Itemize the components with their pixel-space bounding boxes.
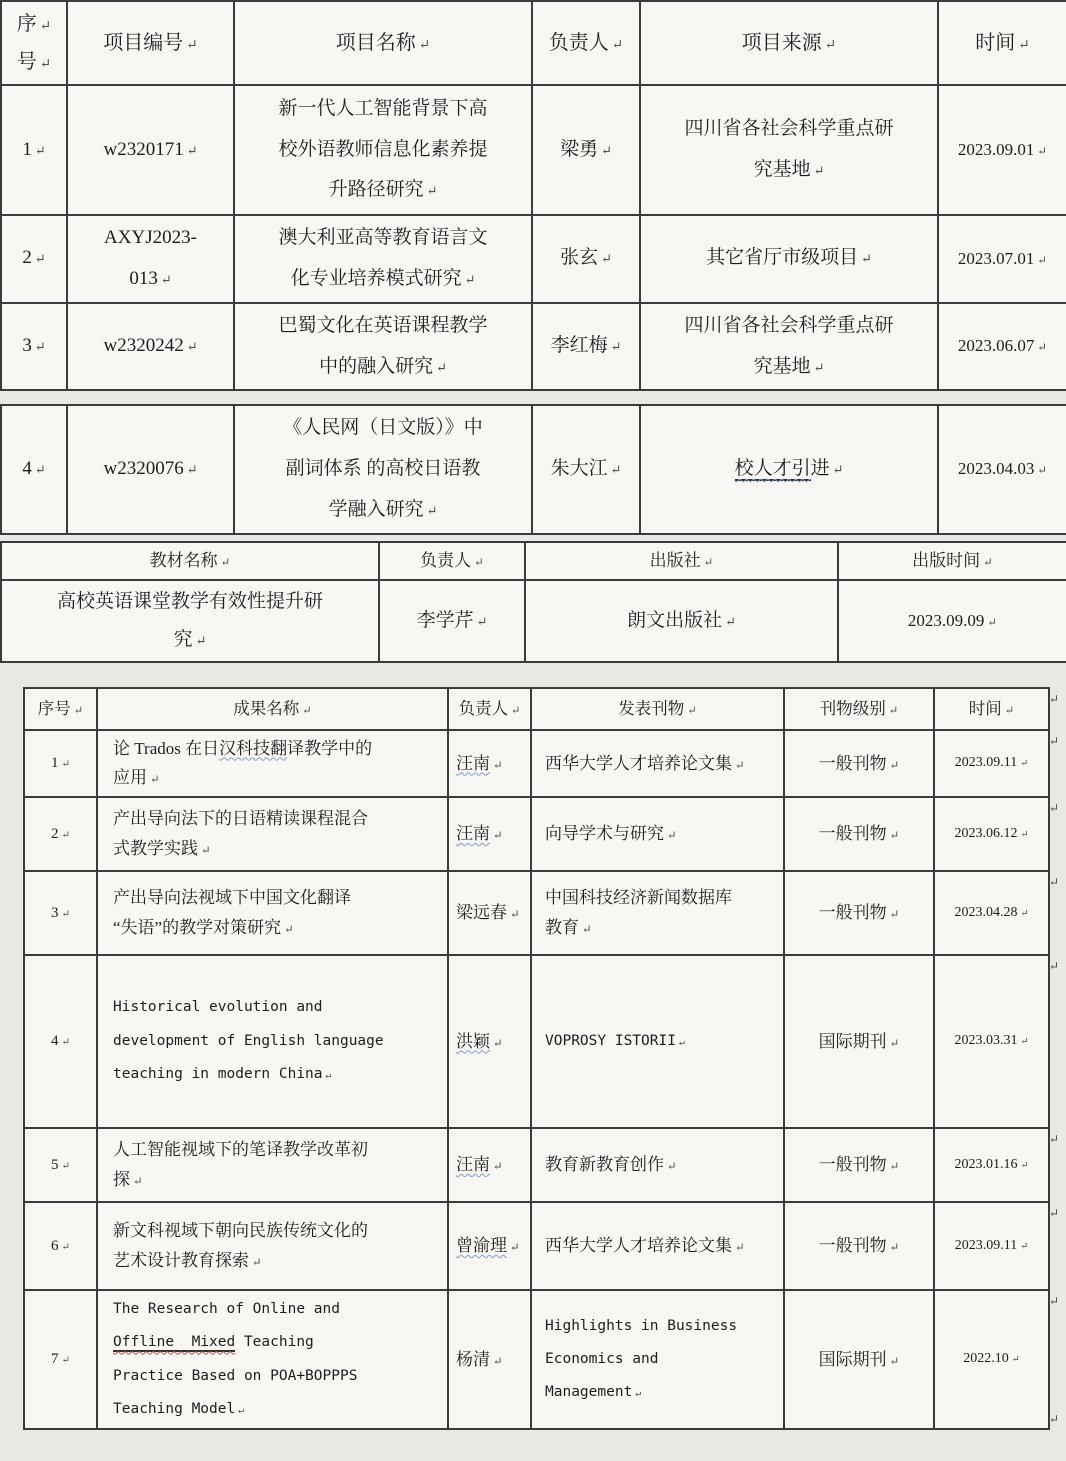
table-cell: 汪南↵ bbox=[448, 1128, 531, 1202]
cell-text: VOPROSY ISTORII bbox=[545, 1033, 676, 1049]
cell-text: 4 bbox=[51, 1033, 59, 1049]
cell-text: 西华大学人才培养论文集 bbox=[545, 1236, 732, 1255]
column-header: 负责人↵ bbox=[532, 1, 640, 85]
eol-mark: ↵ bbox=[1021, 909, 1029, 919]
table-cell: 李红梅↵ bbox=[532, 303, 640, 391]
column-header: 发表刊物↵ bbox=[531, 688, 784, 730]
eol-mark: ↵ bbox=[510, 1241, 520, 1254]
cell-text: 汪南 bbox=[456, 824, 490, 843]
cell-text: 1 bbox=[22, 139, 32, 160]
table-row: 6↵新文科视域下朝向民族传统文化的 艺术设计教育探索↵曾渝理↵西华大学人才培养论… bbox=[24, 1202, 1049, 1290]
eol-mark: ↵ bbox=[186, 37, 197, 52]
eol-mark: ↵ bbox=[601, 251, 612, 266]
eol-mark: ↵ bbox=[1005, 705, 1014, 717]
cell-text: 一般刊物 bbox=[819, 903, 887, 922]
cell-text: 杨清 bbox=[456, 1350, 490, 1369]
cell-text: 曾渝理 bbox=[456, 1236, 507, 1255]
cell-text: 新文科视域下朝向民族传统文化的 艺术设计教育探索 bbox=[113, 1221, 368, 1270]
cell-text: 5 bbox=[51, 1157, 59, 1173]
cell-text: Offline Mixed bbox=[113, 1334, 235, 1352]
cell-text: 6 bbox=[51, 1238, 59, 1254]
table-cell: 2022.10↵ bbox=[934, 1290, 1049, 1429]
cell-text: 汉科技翻 bbox=[219, 739, 287, 758]
eol-mark: ↵ bbox=[1049, 801, 1059, 816]
table-row: 3↵w2320242↵巴蜀文化在英语课程教学 中的融入研究↵李红梅↵四川省各社会… bbox=[1, 303, 1066, 391]
column-header: 项目编号↵ bbox=[67, 1, 234, 85]
cell-text: 产出导向法视域下中国文化翻译 “失语”的教学对策研究 bbox=[113, 888, 351, 937]
eol-mark: ↵ bbox=[890, 1355, 900, 1368]
eol-mark: ↵ bbox=[735, 759, 745, 772]
cell-text: 刊物级别 bbox=[820, 699, 886, 718]
column-header: 序号↵ bbox=[24, 688, 97, 730]
table-cell: 1↵ bbox=[1, 85, 67, 215]
eol-mark: ↵ bbox=[40, 18, 51, 33]
publications-table-wrap: 序号↵成果名称↵负责人↵发表刊物↵刊物级别↵时间↵ 1↵论 Trados 在日汉… bbox=[23, 687, 1048, 1430]
table-cell: AXYJ2023- 013↵ bbox=[67, 215, 234, 303]
table-cell: 教育新教育创作↵ bbox=[531, 1128, 784, 1202]
table-cell: 梁勇↵ bbox=[532, 85, 640, 215]
table-cell: 2023.04.28↵ bbox=[934, 871, 1049, 955]
eol-mark: ↵ bbox=[667, 1160, 677, 1173]
table-cell: w2320171↵ bbox=[67, 85, 234, 215]
cell-text: 发表刊物 bbox=[618, 699, 684, 718]
cell-text: 教材名称 bbox=[150, 551, 218, 570]
table-cell: 2↵ bbox=[24, 797, 97, 871]
cell-text: 出版社 bbox=[650, 551, 701, 570]
cell-text: 梁远春 bbox=[456, 903, 507, 922]
eol-mark: ↵ bbox=[890, 1241, 900, 1254]
table-cell: VOPROSY ISTORII↵ bbox=[531, 955, 784, 1128]
eol-mark: ↵ bbox=[735, 1241, 745, 1254]
eol-mark: ↵ bbox=[61, 909, 70, 920]
document-page: 序↵ 号↵项目编号↵项目名称↵负责人↵项目来源↵时间↵ 1↵w2320171↵新… bbox=[0, 0, 1066, 1461]
eol-mark: ↵ bbox=[493, 1160, 503, 1173]
cell-text: 2023.04.03 bbox=[958, 459, 1035, 478]
table-cell: 2023.03.31↵ bbox=[934, 955, 1049, 1128]
table-cell: Highlights in Business Economics and Man… bbox=[531, 1290, 784, 1429]
table-cell: 2023.06.07↵ bbox=[938, 303, 1066, 391]
eol-mark: ↵ bbox=[1049, 959, 1059, 974]
eol-mark: ↵ bbox=[725, 614, 736, 629]
eol-mark: ↵ bbox=[35, 143, 46, 158]
table-cell: w2320242↵ bbox=[67, 303, 234, 391]
eol-mark: ↵ bbox=[35, 251, 46, 266]
textbook-table: 教材名称↵负责人↵出版社↵出版时间↵ 高校英语课堂教学有效性提升研 究↵李学芹↵… bbox=[0, 541, 1066, 663]
cell-text: 产出导向法下的日语精读课程混合 式教学实践 bbox=[113, 809, 368, 858]
table-row: 7↵The Research of Online and Offline Mix… bbox=[24, 1290, 1049, 1429]
cell-text: 4 bbox=[22, 458, 32, 479]
cell-text: 四川省各社会科学重点研 究基地 bbox=[684, 315, 893, 377]
table-cell: 一般刊物↵ bbox=[784, 797, 934, 871]
eol-mark: ↵ bbox=[35, 462, 46, 477]
cell-text: 2023.07.01 bbox=[958, 249, 1035, 268]
eol-mark: ↵ bbox=[1049, 1294, 1059, 1309]
cell-text: 2 bbox=[22, 247, 32, 268]
table-cell: 梁远春↵ bbox=[448, 871, 531, 955]
table-cell: 一般刊物↵ bbox=[784, 1202, 934, 1290]
table-cell: 一般刊物↵ bbox=[784, 871, 934, 955]
table-row: 3↵产出导向法视域下中国文化翻译 “失语”的教学对策研究↵梁远春↵中国科技经济新… bbox=[24, 871, 1049, 955]
table-row: 2↵产出导向法下的日语精读课程混合 式教学实践↵汪南↵向导学术与研究↵一般刊物↵… bbox=[24, 797, 1049, 871]
projects-table-head: 序↵ 号↵项目编号↵项目名称↵负责人↵项目来源↵时间↵ bbox=[1, 1, 1066, 85]
cell-text: w2320171 bbox=[103, 139, 183, 160]
table-cell: 3↵ bbox=[1, 303, 67, 391]
table-cell: 2023.06.12↵ bbox=[934, 797, 1049, 871]
cell-text: 高校英语课堂教学有效性提升研 究 bbox=[57, 591, 323, 650]
eol-mark: ↵ bbox=[187, 462, 198, 477]
cell-text: 《人民网（日文版）》中 副词体系 的高校日语教 学融入研究 bbox=[283, 417, 483, 520]
cell-text: 教育新教育创作 bbox=[545, 1155, 664, 1174]
eol-mark: ↵ bbox=[61, 830, 70, 841]
table-cell: 产出导向法视域下中国文化翻译 “失语”的教学对策研究↵ bbox=[97, 871, 448, 955]
table-cell: The Research of Online and Offline Mixed… bbox=[97, 1290, 448, 1429]
column-header: 教材名称↵ bbox=[1, 542, 379, 580]
table-cell: 四川省各社会科学重点研 究基地↵ bbox=[640, 85, 938, 215]
cell-text: Highlights in Business Economics and Man… bbox=[545, 1318, 737, 1401]
eol-mark: ↵ bbox=[61, 1242, 70, 1253]
eol-mark: ↵ bbox=[1012, 1355, 1020, 1365]
eol-mark: ↵ bbox=[61, 759, 70, 770]
table-cell: 2023.09.09↵ bbox=[838, 580, 1066, 662]
cell-text: 四川省各社会科学重点研 究基地 bbox=[684, 118, 893, 180]
eol-mark: ↵ bbox=[1018, 37, 1029, 52]
table-row: 5↵人工智能视域下的笔译教学改革初 探↵汪南↵教育新教育创作↵一般刊物↵2023… bbox=[24, 1128, 1049, 1202]
header-row: 序号↵成果名称↵负责人↵发表刊物↵刊物级别↵时间↵ bbox=[24, 688, 1049, 730]
cell-text: 项目来源 bbox=[742, 32, 822, 54]
eol-mark: ↵ bbox=[704, 556, 714, 569]
cell-text: 负责人 bbox=[459, 699, 509, 718]
cell-text: 一般刊物 bbox=[819, 1155, 887, 1174]
table-cell: 其它省厅市级项目↵ bbox=[640, 215, 938, 303]
table-cell: 6↵ bbox=[24, 1202, 97, 1290]
textbook-table-head: 教材名称↵负责人↵出版社↵出版时间↵ bbox=[1, 542, 1066, 580]
table-cell: 杨清↵ bbox=[448, 1290, 531, 1429]
eol-mark: ↵ bbox=[493, 1355, 503, 1368]
cell-text: 负责人 bbox=[549, 32, 609, 54]
cell-text: AXYJ2023- 013 bbox=[104, 227, 197, 289]
projects-table-body-continued: 4↵w2320076↵《人民网（日文版）》中 副词体系 的高校日语教 学融入研究… bbox=[1, 405, 1066, 534]
eol-mark: ↵ bbox=[61, 1355, 70, 1366]
eol-mark: ↵ bbox=[1020, 1242, 1028, 1252]
cell-text: 1 bbox=[51, 755, 59, 771]
table-cell: 校人才引进↵ bbox=[640, 405, 938, 534]
cell-text: 2023.09.11 bbox=[955, 1238, 1017, 1253]
cell-text: 2023.09.11 bbox=[955, 755, 1017, 770]
eol-mark: ↵ bbox=[61, 1161, 70, 1172]
table-cell: 《人民网（日文版）》中 副词体系 的高校日语教 学融入研究↵ bbox=[234, 405, 532, 534]
table-cell: 2023.09.11↵ bbox=[934, 730, 1049, 797]
eol-mark: ↵ bbox=[1037, 464, 1047, 477]
table-cell: 向导学术与研究↵ bbox=[531, 797, 784, 871]
cell-text: w2320242 bbox=[103, 335, 183, 356]
cell-text: 成果名称 bbox=[233, 699, 299, 718]
eol-mark: ↵ bbox=[35, 339, 46, 354]
table-cell: 国际期刊↵ bbox=[784, 1290, 934, 1429]
table-cell: 西华大学人才培养论文集↵ bbox=[531, 730, 784, 797]
cell-text: 巴蜀文化在英语课程教学 中的融入研究 bbox=[278, 315, 487, 377]
header-row: 教材名称↵负责人↵出版社↵出版时间↵ bbox=[1, 542, 1066, 580]
cell-text: 一般刊物 bbox=[819, 754, 887, 773]
cell-text: 新一代人工智能背景下高 校外语教师信息化素养提 升路径研究 bbox=[278, 98, 487, 201]
table-row: 1↵w2320171↵新一代人工智能背景下高 校外语教师信息化素养提 升路径研究… bbox=[1, 85, 1066, 215]
projects-table: 序↵ 号↵项目编号↵项目名称↵负责人↵项目来源↵时间↵ 1↵w2320171↵新… bbox=[0, 0, 1066, 391]
cell-text: 其它省厅市级项目 bbox=[706, 247, 858, 268]
eol-mark: ↵ bbox=[1037, 254, 1047, 267]
eol-mark: ↵ bbox=[1021, 1161, 1029, 1171]
cell-text: 2023.04.28 bbox=[955, 905, 1018, 920]
cell-text: 7 bbox=[51, 1351, 59, 1367]
cell-text: 2023.09.09 bbox=[908, 611, 985, 630]
eol-mark: ↵ bbox=[889, 705, 898, 717]
column-header: 项目来源↵ bbox=[640, 1, 938, 85]
eol-mark: ↵ bbox=[474, 556, 484, 569]
cell-text: 人工智能视域下的笔译教学改革初 探 bbox=[113, 1140, 368, 1189]
eol-mark: ↵ bbox=[983, 556, 993, 569]
projects-table-body: 1↵w2320171↵新一代人工智能背景下高 校外语教师信息化素养提 升路径研究… bbox=[1, 85, 1066, 390]
eol-mark: ↵ bbox=[493, 759, 503, 772]
table-cell: 西华大学人才培养论文集↵ bbox=[531, 1202, 784, 1290]
cell-text: 时间 bbox=[969, 699, 1002, 718]
eol-mark: ↵ bbox=[1037, 341, 1047, 354]
cell-text: The Research of Online and bbox=[113, 1301, 340, 1317]
cell-text: 校人才引 bbox=[735, 458, 811, 481]
table-row: 高校英语课堂教学有效性提升研 究↵李学芹↵朗文出版社↵2023.09.09↵ bbox=[1, 580, 1066, 662]
textbook-table-body: 高校英语课堂教学有效性提升研 究↵李学芹↵朗文出版社↵2023.09.09↵ bbox=[1, 580, 1066, 662]
eol-mark: ↵ bbox=[1049, 875, 1059, 890]
eol-mark: ↵ bbox=[1049, 692, 1059, 707]
eol-mark: ↵ bbox=[1021, 1037, 1029, 1047]
eol-mark: ↵ bbox=[987, 616, 997, 629]
table-cell: 朱大江↵ bbox=[532, 405, 640, 534]
gutter-marks: ↵↵↵↵↵↵↵↵↵ bbox=[1049, 687, 1066, 1430]
eol-mark: ↵ bbox=[326, 1070, 332, 1081]
table-cell: 2023.04.03↵ bbox=[938, 405, 1066, 534]
cell-text: 序 bbox=[17, 13, 37, 35]
eol-mark: ↵ bbox=[1049, 1132, 1059, 1147]
table-cell: 1↵ bbox=[24, 730, 97, 797]
eol-mark: ↵ bbox=[1037, 145, 1047, 158]
cell-text: Historical evolution and development of … bbox=[113, 999, 384, 1082]
eol-mark: ↵ bbox=[201, 844, 211, 857]
eol-mark: ↵ bbox=[890, 1160, 900, 1173]
cell-text: 国际期刊 bbox=[819, 1350, 887, 1369]
eol-mark: ↵ bbox=[814, 360, 825, 375]
cell-text: 2023.03.31 bbox=[955, 1033, 1018, 1048]
cell-text: 2 bbox=[51, 826, 59, 842]
cell-text: 国际期刊 bbox=[819, 1032, 887, 1051]
cell-text: 朱大江 bbox=[551, 458, 608, 479]
table-cell: 2023.09.11↵ bbox=[934, 1202, 1049, 1290]
eol-mark: ↵ bbox=[890, 829, 900, 842]
eol-mark: ↵ bbox=[635, 1388, 641, 1399]
eol-mark: ↵ bbox=[825, 37, 836, 52]
cell-text: 2023.06.12 bbox=[955, 826, 1018, 841]
cell-text: 2023.09.01 bbox=[958, 140, 1035, 159]
table-cell: 4↵ bbox=[24, 955, 97, 1128]
eol-mark: ↵ bbox=[238, 1405, 244, 1416]
table-cell: 李学芹↵ bbox=[379, 580, 525, 662]
cell-text: 2022.10 bbox=[963, 1351, 1009, 1366]
column-header: 序↵ 号↵ bbox=[1, 1, 67, 85]
table-cell: 一般刊物↵ bbox=[784, 730, 934, 797]
cell-text: 项目名称 bbox=[336, 32, 416, 54]
eol-mark: ↵ bbox=[493, 1037, 503, 1050]
eol-mark: ↵ bbox=[150, 773, 160, 786]
cell-text: w2320076 bbox=[103, 458, 183, 479]
eol-mark: ↵ bbox=[302, 705, 311, 717]
cell-text: 中国科技经济新闻数据库 教育 bbox=[545, 888, 732, 937]
eol-mark: ↵ bbox=[1049, 1206, 1059, 1221]
table-row: 1↵论 Trados 在日汉科技翻译教学中的 应用↵汪南↵西华大学人才培养论文集… bbox=[24, 730, 1049, 797]
eol-mark: ↵ bbox=[601, 143, 612, 158]
cell-text: 时间 bbox=[975, 32, 1015, 54]
table-cell: 四川省各社会科学重点研 究基地↵ bbox=[640, 303, 938, 391]
publications-table-head: 序号↵成果名称↵负责人↵发表刊物↵刊物级别↵时间↵ bbox=[24, 688, 1049, 730]
table-cell: 2023.09.01↵ bbox=[938, 85, 1066, 215]
table-cell: 朗文出版社↵ bbox=[525, 580, 838, 662]
table-cell: 中国科技经济新闻数据库 教育↵ bbox=[531, 871, 784, 955]
eol-mark: ↵ bbox=[611, 462, 622, 477]
eol-mark: ↵ bbox=[612, 37, 623, 52]
eol-mark: ↵ bbox=[687, 705, 696, 717]
eol-mark: ↵ bbox=[1020, 759, 1028, 769]
eol-mark: ↵ bbox=[465, 272, 476, 287]
cell-text: 梁勇 bbox=[560, 139, 598, 160]
cell-text: 一般刊物 bbox=[819, 824, 887, 843]
cell-text: 李学芹 bbox=[417, 610, 474, 631]
column-header: 刊物级别↵ bbox=[784, 688, 934, 730]
cell-text: 3 bbox=[22, 335, 32, 356]
eol-mark: ↵ bbox=[582, 923, 592, 936]
table-cell: 2023.07.01↵ bbox=[938, 215, 1066, 303]
eol-mark: ↵ bbox=[436, 360, 447, 375]
projects-table-continued: 4↵w2320076↵《人民网（日文版）》中 副词体系 的高校日语教 学融入研究… bbox=[0, 404, 1066, 535]
table-cell: 2↵ bbox=[1, 215, 67, 303]
eol-mark: ↵ bbox=[833, 462, 844, 477]
table-cell: 张玄↵ bbox=[532, 215, 640, 303]
eol-mark: ↵ bbox=[187, 143, 198, 158]
table-cell: 产出导向法下的日语精读课程混合 式教学实践↵ bbox=[97, 797, 448, 871]
eol-mark: ↵ bbox=[196, 633, 207, 648]
column-header: 项目名称↵ bbox=[234, 1, 532, 85]
publications-table-body: 1↵论 Trados 在日汉科技翻译教学中的 应用↵汪南↵西华大学人才培养论文集… bbox=[24, 730, 1049, 1429]
table-row: 2↵AXYJ2023- 013↵澳大利亚高等教育语言文 化专业培养模式研究↵张玄… bbox=[1, 215, 1066, 303]
eol-mark: ↵ bbox=[477, 614, 488, 629]
eol-mark: ↵ bbox=[890, 908, 900, 921]
cell-text: 汪南 bbox=[456, 754, 490, 773]
eol-mark: ↵ bbox=[427, 503, 438, 518]
table-cell: 国际期刊↵ bbox=[784, 955, 934, 1128]
table-row: 4↵Historical evolution and development o… bbox=[24, 955, 1049, 1128]
table-cell: 2023.01.16↵ bbox=[934, 1128, 1049, 1202]
eol-mark: ↵ bbox=[510, 908, 520, 921]
column-header: 出版时间↵ bbox=[838, 542, 1066, 580]
eol-mark: ↵ bbox=[611, 339, 622, 354]
eol-mark: ↵ bbox=[511, 705, 520, 717]
cell-text: 向导学术与研究 bbox=[545, 824, 664, 843]
cell-text: 论 Trados 在日 bbox=[113, 739, 219, 758]
table-cell: 新一代人工智能背景下高 校外语教师信息化素养提 升路径研究↵ bbox=[234, 85, 532, 215]
cell-text: 负责人 bbox=[420, 551, 471, 570]
table-cell: w2320076↵ bbox=[67, 405, 234, 534]
table-cell: 汪南↵ bbox=[448, 730, 531, 797]
cell-text: 澳大利亚高等教育语言文 化专业培养模式研究 bbox=[278, 227, 487, 289]
cell-text: 序号 bbox=[38, 699, 71, 718]
cell-text: 项目编号 bbox=[103, 32, 183, 54]
eol-mark: ↵ bbox=[890, 1037, 900, 1050]
eol-mark: ↵ bbox=[1049, 1412, 1059, 1427]
eol-mark: ↵ bbox=[679, 1037, 685, 1048]
eol-mark: ↵ bbox=[187, 339, 198, 354]
cell-text: 洪颖 bbox=[456, 1032, 490, 1051]
cell-text: 一般刊物 bbox=[819, 1236, 887, 1255]
table-cell: 4↵ bbox=[1, 405, 67, 534]
table-cell: 汪南↵ bbox=[448, 797, 531, 871]
table-cell: 洪颖↵ bbox=[448, 955, 531, 1128]
eol-mark: ↵ bbox=[1021, 830, 1029, 840]
eol-mark: ↵ bbox=[74, 705, 83, 717]
eol-mark: ↵ bbox=[61, 1037, 70, 1048]
table-cell: Historical evolution and development of … bbox=[97, 955, 448, 1128]
table-cell: 曾渝理↵ bbox=[448, 1202, 531, 1290]
publications-table: 序号↵成果名称↵负责人↵发表刊物↵刊物级别↵时间↵ 1↵论 Trados 在日汉… bbox=[23, 687, 1050, 1430]
column-header: 负责人↵ bbox=[379, 542, 525, 580]
eol-mark: ↵ bbox=[1049, 734, 1059, 749]
table-cell: 论 Trados 在日汉科技翻译教学中的 应用↵ bbox=[97, 730, 448, 797]
column-header: 出版社↵ bbox=[525, 542, 838, 580]
cell-text: 2023.01.16 bbox=[955, 1157, 1018, 1172]
eol-mark: ↵ bbox=[814, 163, 825, 178]
cell-text: 汪南 bbox=[456, 1155, 490, 1174]
table-cell: 高校英语课堂教学有效性提升研 究↵ bbox=[1, 580, 379, 662]
table-cell: 7↵ bbox=[24, 1290, 97, 1429]
table-cell: 一般刊物↵ bbox=[784, 1128, 934, 1202]
table-row: 4↵w2320076↵《人民网（日文版）》中 副词体系 的高校日语教 学融入研究… bbox=[1, 405, 1066, 534]
table-cell: 人工智能视域下的笔译教学改革初 探↵ bbox=[97, 1128, 448, 1202]
table-cell: 新文科视域下朝向民族传统文化的 艺术设计教育探索↵ bbox=[97, 1202, 448, 1290]
cell-text: 进 bbox=[811, 458, 830, 479]
table-cell: 澳大利亚高等教育语言文 化专业培养模式研究↵ bbox=[234, 215, 532, 303]
eol-mark: ↵ bbox=[890, 759, 900, 772]
cell-text: 西华大学人才培养论文集 bbox=[545, 754, 732, 773]
eol-mark: ↵ bbox=[252, 1256, 262, 1269]
cell-text: 张玄 bbox=[560, 247, 598, 268]
cell-text: 3 bbox=[51, 905, 59, 921]
eol-mark: ↵ bbox=[221, 556, 231, 569]
eol-mark: ↵ bbox=[419, 37, 430, 52]
header-row: 序↵ 号↵项目编号↵项目名称↵负责人↵项目来源↵时间↵ bbox=[1, 1, 1066, 85]
table-cell: 3↵ bbox=[24, 871, 97, 955]
eol-mark: ↵ bbox=[427, 183, 438, 198]
cell-text: 号 bbox=[17, 51, 37, 73]
cell-text: 出版时间 bbox=[912, 551, 980, 570]
table-cell: 5↵ bbox=[24, 1128, 97, 1202]
eol-mark: ↵ bbox=[861, 251, 872, 266]
eol-mark: ↵ bbox=[284, 923, 294, 936]
eol-mark: ↵ bbox=[133, 1175, 143, 1188]
eol-mark: ↵ bbox=[667, 829, 677, 842]
table-cell: 巴蜀文化在英语课程教学 中的融入研究↵ bbox=[234, 303, 532, 391]
column-header: 成果名称↵ bbox=[97, 688, 448, 730]
cell-text: 朗文出版社 bbox=[627, 610, 722, 631]
eol-mark: ↵ bbox=[493, 829, 503, 842]
column-header: 时间↵ bbox=[938, 1, 1066, 85]
eol-mark: ↵ bbox=[40, 56, 51, 71]
column-header: 负责人↵ bbox=[448, 688, 531, 730]
cell-text: 2023.06.07 bbox=[958, 336, 1035, 355]
column-header: 时间↵ bbox=[934, 688, 1049, 730]
eol-mark: ↵ bbox=[161, 272, 172, 287]
